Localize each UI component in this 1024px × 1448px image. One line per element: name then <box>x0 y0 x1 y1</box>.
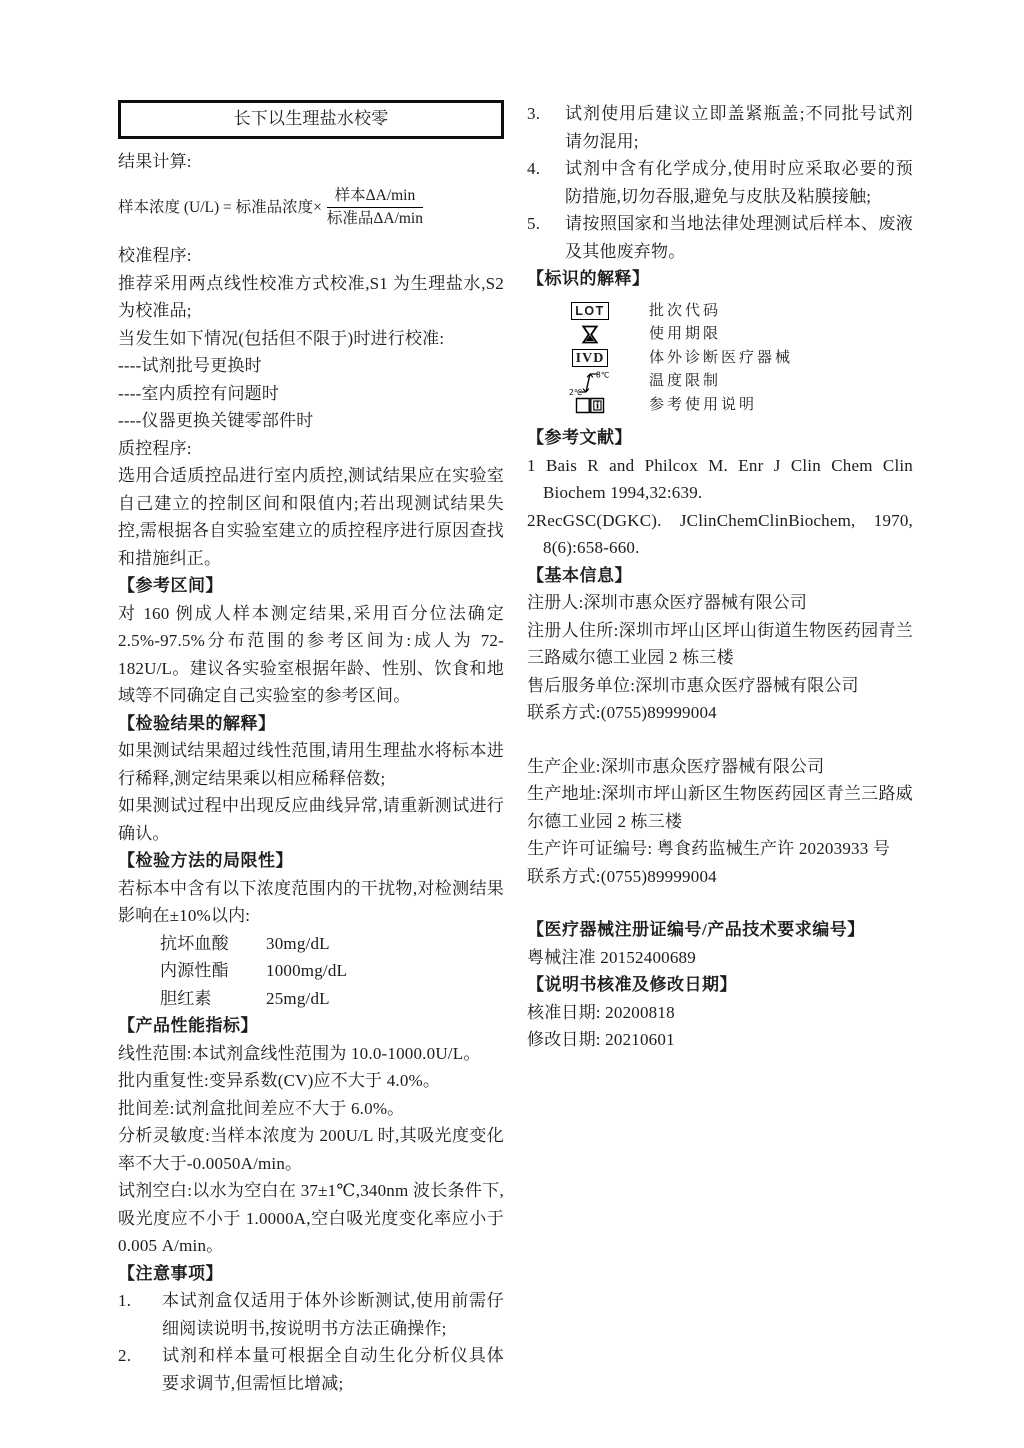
temperature-max-label: 8℃ <box>596 370 610 379</box>
contact-line: 联系方式:(0755)89999004 <box>527 699 913 727</box>
blank-line <box>527 727 913 753</box>
interferent-name: 内源性酯 <box>160 957 266 985</box>
lot-icon: LOT <box>563 302 617 320</box>
revision-date-line: 修改日期: 20210601 <box>527 1026 913 1054</box>
section-head-reference-interval: 【参考区间】 <box>118 572 504 600</box>
registrant-line: 注册人:深圳市惠众医疗器械有限公司 <box>527 589 913 617</box>
symbol-row: LOT 批次代码 <box>563 300 913 324</box>
blank-line <box>527 890 913 916</box>
symbol-row: 8℃ 2℃ 温度限制 <box>563 370 913 394</box>
performance-paragraph-2: 批内重复性:变异系数(CV)应不大于 4.0%。 <box>118 1067 504 1095</box>
qc-paragraph: 选用合适质控品进行室内质控,测试结果应在实验室自己建立的控制区间和限值内;若出现… <box>118 462 504 572</box>
precaution-item: 2. 试剂和样本量可根据全自动生化分析仪具体要求调节,但需恒比增减; <box>118 1342 504 1397</box>
section-head-registration-number: 【医疗器械注册证编号/产品技术要求编号】 <box>527 916 913 944</box>
precaution-item: 5. 请按照国家和当地法律处理测试后样本、废液及其他废弃物。 <box>527 210 913 265</box>
precaution-number: 4. <box>527 155 565 210</box>
consult-instructions-icon: i <box>563 396 617 415</box>
result-interpretation-paragraph-1: 如果测试结果超过线性范围,请用生理盐水将标本进行稀释,测定结果乘以相应稀释倍数; <box>118 737 504 792</box>
symbols-legend: LOT 批次代码 使用期限 IVD 体外诊断医疗器械 <box>563 300 913 418</box>
interferent-row: 内源性酯 1000mg/dL <box>160 957 504 985</box>
calibration-paragraph-1: 推荐采用两点线性校准方式校准,S1 为生理盐水,S2 为校准品; <box>118 270 504 325</box>
section-head-method-limitations: 【检验方法的局限性】 <box>118 847 504 875</box>
symbol-row: IVD 体外诊断医疗器械 <box>563 347 913 371</box>
calibration-zero-note-box: 长下以生理盐水校零 <box>118 100 504 139</box>
precaution-text: 请按照国家和当地法律处理测试后样本、废液及其他废弃物。 <box>565 210 913 265</box>
qc-procedure-label: 质控程序: <box>118 435 504 463</box>
formula-numerator: 样本ΔA/min <box>327 186 423 208</box>
reference-interval-paragraph: 对 160 例成人样本测定结果,采用百分位法确定 2.5%-97.5%分布范围的… <box>118 600 504 710</box>
precaution-text: 试剂和样本量可根据全自动生化分析仪具体要求调节,但需恒比增减; <box>162 1342 504 1397</box>
document-page: 长下以生理盐水校零 结果计算: 样本浓度 (U/L) = 标准品浓度× 样本ΔA… <box>0 0 1024 1448</box>
precaution-text: 试剂使用后建议立即盖紧瓶盖;不同批号试剂请勿混用; <box>565 100 913 155</box>
reference-2: 2RecGSC(DGKC). JClinChemClinBiochem, 197… <box>527 507 913 562</box>
production-address-line: 生产地址:深圳市坪山新区生物医药园区青兰三路威尔德工业园 2 栋三楼 <box>527 780 913 835</box>
symbol-row: i 参考使用说明 <box>563 394 913 418</box>
left-column: 长下以生理盐水校零 结果计算: 样本浓度 (U/L) = 标准品浓度× 样本ΔA… <box>118 100 504 1397</box>
symbol-row: 使用期限 <box>563 323 913 347</box>
production-license-line: 生产许可证编号: 粤食药监械生产许 20203933 号 <box>527 835 913 863</box>
precaution-item: 1. 本试剂盒仅适用于体外诊断测试,使用前需仔细阅读说明书,按说明书方法正确操作… <box>118 1287 504 1342</box>
lot-icon-glyph: LOT <box>571 302 609 320</box>
calibration-dash-item-1: ----试剂批号更换时 <box>118 352 504 380</box>
contact-line: 联系方式:(0755)89999004 <box>527 863 913 891</box>
interferent-row: 抗坏血酸 30mg/dL <box>160 930 504 958</box>
registrant-address-line: 注册人住所:深圳市坪山区坪山街道生物医药园青兰三路威尔德工业园 2 栋三楼 <box>527 617 913 672</box>
manufacturer-line: 生产企业:深圳市惠众医疗器械有限公司 <box>527 753 913 781</box>
precaution-item: 4. 试剂中含有化学成分,使用时应采取必要的预防措施,切勿吞服,避免与皮肤及粘膜… <box>527 155 913 210</box>
section-head-performance: 【产品性能指标】 <box>118 1012 504 1040</box>
ivd-icon: IVD <box>563 349 617 367</box>
ivd-icon-glyph: IVD <box>572 349 609 367</box>
temperature-min-label: 2℃ <box>569 388 583 396</box>
precaution-text: 试剂中含有化学成分,使用时应采取必要的预防措施,切勿吞服,避免与皮肤及粘膜接触; <box>565 155 913 210</box>
after-sales-line: 售后服务单位:深圳市惠众医疗器械有限公司 <box>527 672 913 700</box>
calibration-zero-note-text: 长下以生理盐水校零 <box>234 109 389 128</box>
performance-paragraph-5: 试剂空白:以水为空白在 37±1℃,340nm 波长条件下,吸光度应不小于 1.… <box>118 1177 504 1260</box>
calibration-dash-item-2: ----室内质控有问题时 <box>118 380 504 408</box>
result-formula: 样本浓度 (U/L) = 标准品浓度× 样本ΔA/min 标准品ΔA/min <box>118 186 504 229</box>
result-interpretation-paragraph-2: 如果测试过程中出现反应曲线异常,请重新测试进行确认。 <box>118 792 504 847</box>
section-head-references: 【参考文献】 <box>527 424 913 452</box>
precaution-number: 3. <box>527 100 565 155</box>
approval-date-line: 核准日期: 20200818 <box>527 999 913 1027</box>
precaution-number: 1. <box>118 1287 162 1342</box>
symbol-label: 参考使用说明 <box>649 392 757 420</box>
performance-paragraph-3: 批间差:试剂盒批间差应不大于 6.0%。 <box>118 1095 504 1123</box>
temperature-limit-icon: 8℃ 2℃ <box>563 368 617 396</box>
right-column: 3. 试剂使用后建议立即盖紧瓶盖;不同批号试剂请勿混用; 4. 试剂中含有化学成… <box>527 100 913 1054</box>
calibration-dash-item-3: ----仪器更换关键零部件时 <box>118 407 504 435</box>
formula-lhs: 样本浓度 (U/L) = 标准品浓度× <box>118 198 322 218</box>
hourglass-icon <box>563 325 617 344</box>
precaution-number: 5. <box>527 210 565 265</box>
limitations-paragraph: 若标本中含有以下浓度范围内的干扰物,对检测结果影响在±10%以内: <box>118 875 504 930</box>
section-head-approval-dates: 【说明书核准及修改日期】 <box>527 971 913 999</box>
svg-text:i: i <box>596 401 599 411</box>
section-head-basic-info: 【基本信息】 <box>527 562 913 590</box>
performance-paragraph-4: 分析灵敏度:当样本浓度为 200U/L 时,其吸光度变化率不大于-0.0050A… <box>118 1122 504 1177</box>
result-calc-label: 结果计算: <box>118 148 504 176</box>
interferent-name: 抗坏血酸 <box>160 930 266 958</box>
reference-1: 1 Bais R and Philcox M. Enr J Clin Chem … <box>527 452 913 507</box>
section-head-precautions: 【注意事项】 <box>118 1260 504 1288</box>
formula-denominator: 标准品ΔA/min <box>327 208 423 229</box>
section-head-symbols: 【标识的解释】 <box>527 265 913 293</box>
performance-paragraph-1: 线性范围:本试剂盒线性范围为 10.0-1000.0U/L。 <box>118 1040 504 1068</box>
precaution-item: 3. 试剂使用后建议立即盖紧瓶盖;不同批号试剂请勿混用; <box>527 100 913 155</box>
interferent-row: 胆红素 25mg/dL <box>160 985 504 1013</box>
formula-fraction: 样本ΔA/min 标准品ΔA/min <box>327 186 423 229</box>
interferent-value: 25mg/dL <box>266 985 330 1013</box>
precaution-text: 本试剂盒仅适用于体外诊断测试,使用前需仔细阅读说明书,按说明书方法正确操作; <box>162 1287 504 1342</box>
precaution-number: 2. <box>118 1342 162 1397</box>
interferent-value: 1000mg/dL <box>266 957 347 985</box>
registration-number-line: 粤械注准 20152400689 <box>527 944 913 972</box>
calibration-procedure-label: 校准程序: <box>118 242 504 270</box>
section-head-result-interpretation: 【检验结果的解释】 <box>118 710 504 738</box>
calibration-paragraph-2: 当发生如下情况(包括但不限于)时进行校准: <box>118 325 504 353</box>
interferent-value: 30mg/dL <box>266 930 330 958</box>
interferent-name: 胆红素 <box>160 985 266 1013</box>
